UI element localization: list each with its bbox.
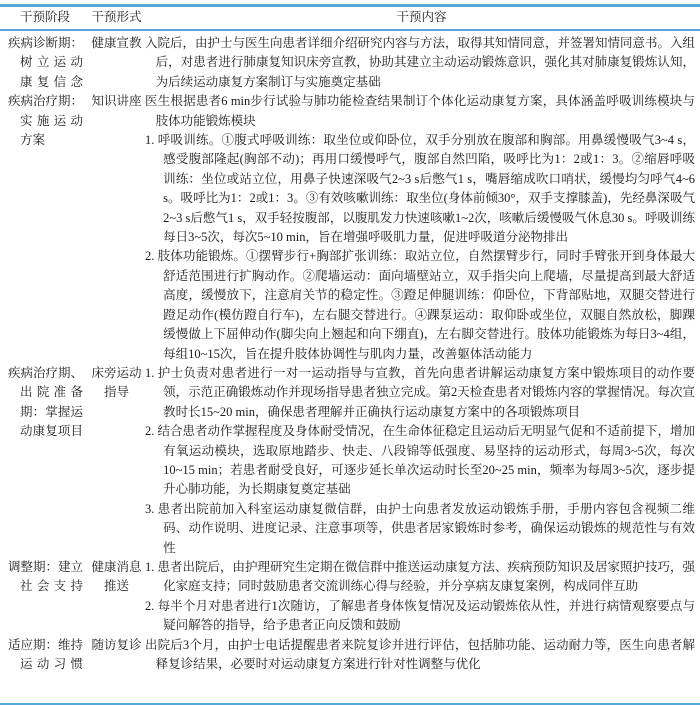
table-row: 调整期：建立社会支持健康消息推送1. 患者出院后，由护理研究生定期在微信群中推送… [0, 558, 700, 636]
phase-cell: 疾病诊断期：树立运动康复信念 [0, 34, 90, 92]
phase-line: 疾病诊断期： [8, 34, 90, 53]
table-row: 疾病诊断期：树立运动康复信念健康宣教入院后，由护士与医生向患者详细介绍研究内容与… [0, 34, 700, 92]
phase-line: 调整期：建立 [8, 558, 90, 577]
content-cell: 1. 护士负责对患者进行一对一运动指导与宣教，首先向患者讲解运动康复方案中锻炼项… [143, 364, 700, 558]
phase-cell: 疾病治疗期、出院准备期：掌握运动康复项目 [0, 364, 90, 442]
phase-line: 动康复项目 [20, 422, 83, 441]
phase-cell: 适应期：维持运动习惯 [0, 636, 90, 675]
content-cell: 出院后3个月，由护士电话提醒患者来院复诊并进行评估，包括肺功能、运动耐力等，医生… [143, 636, 700, 675]
content-cell: 入院后，由护士与医生向患者详细介绍研究内容与方法，取得其知情同意，并签署知情同意… [143, 34, 700, 92]
column-header-content: 干预内容 [143, 8, 700, 27]
content-cell: 1. 患者出院后，由护理研究生定期在微信群中推送运动康复方法、疾病预防知识及居家… [143, 558, 700, 636]
phase-cell: 调整期：建立社会支持 [0, 558, 90, 597]
phase-line: 方案 [20, 131, 90, 150]
phase-line: 期：掌握运 [20, 403, 83, 422]
form-line: 健康宣教 [90, 34, 143, 53]
phase-cell: 疾病治疗期：实施运动方案 [0, 92, 90, 150]
phase-line: 实施运动 [20, 112, 83, 131]
content-paragraph: 1. 护士负责对患者进行一对一运动指导与宣教，首先向患者讲解运动康复方案中锻炼项… [145, 364, 695, 422]
content-paragraph: 2. 结合患者动作掌握程度及身体耐受情况，在生命体征稳定且运动后无明显气促和不适… [145, 422, 695, 500]
content-paragraph: 1. 呼吸训练。①腹式呼吸训练：取坐位或仰卧位，双手分别放在腹部和胸部。用鼻缓慢… [145, 131, 695, 247]
phase-line: 适应期：维持 [8, 636, 90, 655]
content-paragraph: 医生根据患者6 min步行试验与肺功能检查结果制订个体化运动康复方案，具体涵盖呼… [145, 92, 695, 131]
table-row: 疾病治疗期：实施运动方案知识讲座医生根据患者6 min步行试验与肺功能检查结果制… [0, 92, 700, 364]
phase-line: 运动习惯 [20, 655, 83, 674]
content-paragraph: 出院后3个月，由护士电话提醒患者来院复诊并进行评估，包括肺功能、运动耐力等，医生… [145, 636, 695, 675]
phase-line: 社会支持 [20, 577, 83, 596]
form-cell: 知识讲座 [90, 92, 143, 111]
phase-line: 树立运动 [20, 53, 83, 72]
form-line: 健康消息 [90, 558, 143, 577]
intervention-table: 干预阶段 干预形式 干预内容 疾病诊断期：树立运动康复信念健康宣教入院后，由护士… [0, 0, 700, 705]
form-line: 知识讲座 [90, 92, 143, 111]
form-line: 随访复诊 [90, 636, 143, 655]
phase-line: 疾病治疗期： [8, 92, 90, 111]
content-paragraph: 3. 患者出院前加入科室运动康复微信群，由护士向患者发放运动锻炼手册，手册内容包… [145, 500, 695, 558]
column-header-phase: 干预阶段 [0, 8, 90, 27]
form-cell: 床旁运动指导 [90, 364, 143, 403]
table-row: 适应期：维持运动习惯随访复诊出院后3个月，由护士电话提醒患者来院复诊并进行评估，… [0, 636, 700, 675]
content-paragraph: 入院后，由护士与医生向患者详细介绍研究内容与方法，取得其知情同意，并签署知情同意… [145, 34, 695, 92]
form-line: 床旁运动 [90, 364, 143, 383]
content-cell: 医生根据患者6 min步行试验与肺功能检查结果制订个体化运动康复方案，具体涵盖呼… [143, 92, 700, 364]
table-header-row: 干预阶段 干预形式 干预内容 [0, 7, 700, 29]
phase-line: 疾病治疗期、 [8, 364, 90, 383]
form-cell: 健康宣教 [90, 34, 143, 53]
form-line: 指导 [90, 383, 143, 402]
form-cell: 随访复诊 [90, 636, 143, 655]
table-row: 疾病治疗期、出院准备期：掌握运动康复项目床旁运动指导1. 护士负责对患者进行一对… [0, 364, 700, 558]
phase-line: 出院准备 [20, 383, 83, 402]
form-cell: 健康消息推送 [90, 558, 143, 597]
content-paragraph: 2. 每半个月对患者进行1次随访，了解患者身体恢复情况及运动锻炼依从性，并进行病… [145, 597, 695, 636]
form-line: 推送 [90, 577, 143, 596]
content-paragraph: 1. 患者出院后，由护理研究生定期在微信群中推送运动康复方法、疾病预防知识及居家… [145, 558, 695, 597]
phase-line: 康复信念 [20, 73, 83, 92]
column-header-form: 干预形式 [90, 8, 143, 27]
table-body: 疾病诊断期：树立运动康复信念健康宣教入院后，由护士与医生向患者详细介绍研究内容与… [0, 31, 700, 701]
content-paragraph: 2. 肢体功能锻炼。①摆臂步行+胸部扩张训练：取站立位，自然摆臂步行，同时手臂张… [145, 247, 695, 363]
